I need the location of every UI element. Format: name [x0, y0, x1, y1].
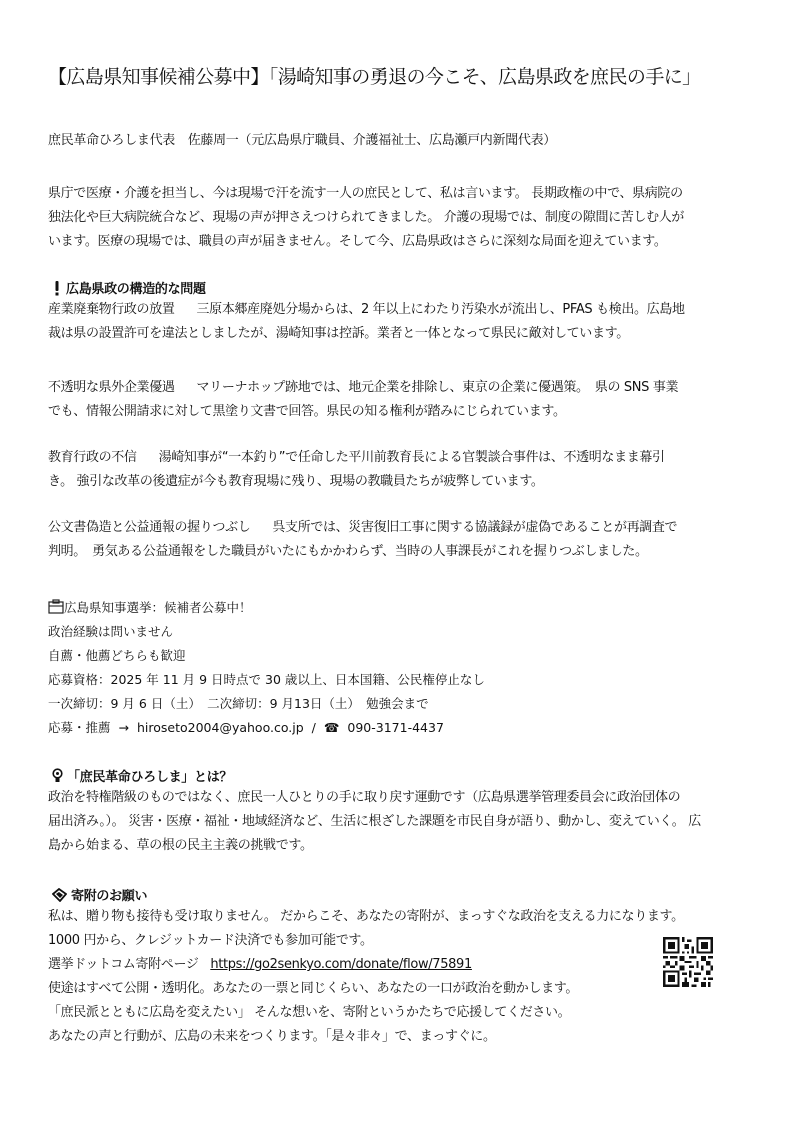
donation-heading: 寄附のお願い	[52, 885, 147, 904]
problems-heading-text: 広島県政の構造的な問題	[66, 278, 206, 297]
text-line: 使途はすべて公開・透明化。あなたの一票と同じくらい、あなたの一口が政治を動かしま…	[48, 977, 758, 1001]
text-line: 「庶民派とともに広島を変えたい」 そんな想いを、寄附というかたちで応援してくださ…	[48, 1001, 758, 1025]
donation-body: 私は、贈り物も接待も受け取りません。 だからこそ、あなたの寄附が、まっすぐな政治…	[48, 905, 758, 1049]
recruit-section: 広島県知事選挙：候補者公募中！ 政治経験は問いません 自薦・他薦どちらも歓迎 応…	[48, 596, 485, 740]
text-line: 政治を特権階級のものではなく、庶民一人ひとりの手に取り戻す運動です（広島県選挙管…	[48, 786, 758, 810]
text-line: 島から始まる、草の根の民主主義の挑戦です。	[48, 834, 758, 858]
about-paragraph: 政治を特権階級のものではなく、庶民一人ひとりの手に取り戻す運動です（広島県選挙管…	[48, 786, 758, 858]
donation-heading-text: 寄附のお願い	[71, 885, 147, 904]
problem-topic: 教育行政の不信	[48, 450, 137, 465]
text-line: 1000 円から、クレジットカード決済でも参加可能です。	[48, 929, 758, 953]
contact-line: 応募・推薦 → hiroseto2004@yahoo.co.jp / ☎ 090…	[48, 716, 485, 740]
text-line: 呉支所では、災害復旧工事に関する協議録が虚偽であることが再調査で	[272, 520, 677, 535]
exclamation-icon	[52, 280, 62, 296]
clipboard-icon	[48, 599, 64, 614]
byline: 庶民革命ひろしま代表 佐藤周一（元広島県庁職員、介護福祉士、広島瀬戸内新聞代表）	[48, 129, 556, 148]
text-line: 県庁で医療・介護を担当し、今は現場で汗を流す一人の庶民として、私は言います。 長…	[48, 182, 758, 206]
phone-number[interactable]: 090-3171-4437	[347, 720, 444, 735]
lightbulb-icon	[52, 768, 63, 783]
text-line: 自薦・他薦どちらも歓迎	[48, 644, 485, 668]
text-line: 応募資格：2025 年 11 月 9 日時点で 30 歳以上、日本国籍、公民権停…	[48, 668, 485, 692]
recruit-heading: 広島県知事選挙：候補者公募中！	[48, 596, 485, 620]
about-heading: 「庶民革命ひろしま」とは？	[52, 766, 232, 785]
text-line: 裁は県の設置許可を違法としましたが、湯崎知事は控訴。業者と一体となって県民に敵対…	[48, 322, 758, 346]
separator: /	[312, 720, 316, 735]
problem-item-favoritism: 不透明な県外企業優遇マリーナホップ跡地では、地元企業を排除し、東京の企業に優遇策…	[48, 376, 758, 424]
problem-topic: 不透明な県外企業優遇	[48, 380, 175, 395]
phone-icon: ☎	[324, 720, 340, 735]
document-title: 【広島県知事候補公募中】「湯崎知事の勇退の今こそ、広島県政を庶民の手に」	[48, 62, 768, 89]
problem-topic: 産業廃棄物行政の放置	[48, 302, 175, 317]
donation-page-label: 選挙ドットコム寄附ページ	[48, 957, 199, 972]
text-line: 一次締切：9 月 6 日（土） 二次締切：9 月13日（土） 勉強会まで	[48, 692, 485, 716]
text-line: マリーナホップ跡地では、地元企業を排除し、東京の企業に優遇策。 県の SNS 事…	[197, 380, 679, 395]
text-line: 届出済み。）。 災害・医療・福祉・地域経済など、生活に根ざした課題を市民自身が語…	[48, 810, 758, 834]
text-line: 三原本郷産廃処分場からは、2 年以上にわたり汚染水が流出し、PFAS も検出。広…	[197, 302, 685, 317]
text-line: あなたの声と行動が、広島の未来をつくります。「是々非々」で、まっすぐに。	[48, 1025, 758, 1049]
about-heading-text: 「庶民革命ひろしま」とは？	[67, 766, 232, 785]
recruit-heading-text: 広島県知事選挙：候補者公募中！	[64, 600, 252, 615]
text-line: き。 強引な改革の後遺症が今も教育現場に残り、現場の教職員たちが疲弊しています。	[48, 470, 758, 494]
problems-heading: 広島県政の構造的な問題	[52, 278, 206, 297]
intro-paragraph: 県庁で医療・介護を担当し、今は現場で汗を流す一人の庶民として、私は言います。 長…	[48, 182, 758, 254]
donation-link[interactable]: https://go2senkyo.com/donate/flow/75891	[210, 957, 472, 972]
text-line: 独法化や巨大病院統合など、現場の声が押さえつけられてきました。 介護の現場では、…	[48, 206, 758, 230]
email-address[interactable]: hiroseto2004@yahoo.co.jp	[137, 720, 304, 735]
text-line: 湯崎知事が“一本釣り”で任命した平川前教育長による官製談合事件は、不透明なまま幕…	[159, 450, 665, 465]
text-line: でも、情報公開請求に対して黒塗り文書で回答。県民の知る権利が踏みにじられています…	[48, 400, 758, 424]
problem-item-documents: 公文書偽造と公益通報の握りつぶし呉支所では、災害復旧工事に関する協議録が虚偽であ…	[48, 516, 758, 564]
text-line: います。医療の現場では、職員の声が届きません。そして今、広島県政はさらに深刻な局…	[48, 230, 758, 254]
text-line: 判明。 勇気ある公益通報をした職員がいたにもかかわらず、当時の人事課長がこれを握…	[48, 540, 758, 564]
text-line: 政治経験は問いません	[48, 620, 485, 644]
handshake-icon	[52, 888, 67, 902]
problem-item-education: 教育行政の不信湯崎知事が“一本釣り”で任命した平川前教育長による官製談合事件は、…	[48, 446, 758, 494]
problem-topic: 公文書偽造と公益通報の握りつぶし	[48, 520, 250, 535]
text-line: 私は、贈り物も接待も受け取りません。 だからこそ、あなたの寄附が、まっすぐな政治…	[48, 905, 758, 929]
problem-item-waste: 産業廃棄物行政の放置三原本郷産廃処分場からは、2 年以上にわたり汚染水が流出し、…	[48, 298, 758, 346]
arrow-right-icon: →	[119, 720, 129, 735]
donation-page-line: 選挙ドットコム寄附ページ https://go2senkyo.com/donat…	[48, 953, 758, 977]
qr-code-icon[interactable]	[662, 937, 714, 987]
contact-label: 応募・推薦	[48, 720, 111, 735]
